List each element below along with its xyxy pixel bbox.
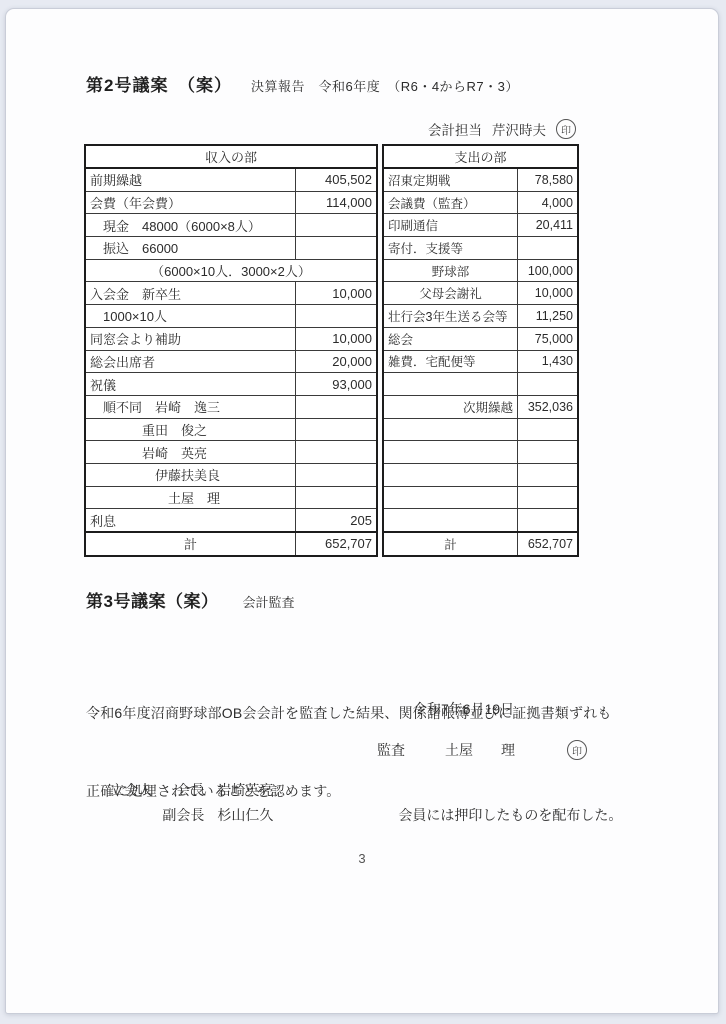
auditor-label: 監査 [377, 740, 405, 760]
table-row: 計652,707 [86, 531, 376, 555]
table-cell-label: 入会金 新卒生 [86, 282, 295, 304]
table-cell-label: 重田 俊之 [86, 419, 295, 441]
table-cell-value [295, 441, 376, 463]
proposal3-title: 第3号議案（案） [86, 587, 218, 612]
table-cell-value: 405,502 [295, 169, 376, 191]
table-row: 沼東定期戦78,580 [384, 169, 577, 191]
proposal2-title: 第2号議案 （案） [86, 71, 232, 96]
table-cell-value [517, 237, 577, 259]
page-number: 3 [6, 851, 718, 866]
table-row [384, 372, 577, 395]
table-row: 重田 俊之 [86, 418, 376, 441]
table-cell-label: 寄付．支援等 [384, 237, 517, 259]
table-row: 利息205 [86, 508, 376, 531]
table-cell-value [517, 373, 577, 395]
table-row: 伊藤扶美良 [86, 463, 376, 486]
table-row: 同窓会より補助10,000 [86, 327, 376, 350]
table-row: 寄付．支援等 [384, 236, 577, 259]
witness-2-name: 杉山仁久 [217, 807, 273, 823]
table-cell-value: 4,000 [517, 192, 577, 214]
proposal3-heading: 第3号議案（案） 会計監査 [86, 587, 294, 612]
seal-stamp-icon: 印 [556, 119, 576, 139]
table-cell-value: 100,000 [517, 260, 577, 282]
table-row: 総会出席者20,000 [86, 350, 376, 373]
table-cell-value: 205 [295, 509, 376, 531]
accountant-name: 芹沢時夫 [492, 119, 546, 139]
table-row: 入会金 新卒生10,000 [86, 281, 376, 304]
table-row: 岩崎 英亮 [86, 440, 376, 463]
audit-statement-line1: 令和6年度沼商野球部OB会会計を監査した結果、関係諸帳簿並びに証拠書類ずれも [86, 700, 612, 726]
table-row: 壮行会3年生送る会等11,250 [384, 304, 577, 327]
table-row: 会議費（監査）4,000 [384, 191, 577, 214]
table-cell-label: 壮行会3年生送る会等 [384, 305, 517, 327]
table-cell-label [384, 373, 517, 395]
proposal3-subtitle: 会計監査 [242, 592, 294, 611]
table-cell-label: 次期繰越 [384, 396, 517, 418]
table-row [384, 486, 577, 509]
table-row: 現金 48000（6000×8人） [86, 213, 376, 236]
viewer-background: 第2号議案 （案） 決算報告 令和6年度 （R6・4からR7・3） 会計担当 芹… [0, 0, 726, 1024]
table-row [384, 440, 577, 463]
auditor-signature-line: 監査 土屋 理 印 [377, 740, 587, 760]
table-row: 1000×10人 [86, 304, 376, 327]
table-cell-value [517, 441, 577, 463]
table-cell-label: 総会出席者 [86, 351, 295, 373]
table-cell-label [384, 487, 517, 509]
table-cell-label: 計 [384, 533, 517, 555]
table-row: 土屋 理 [86, 486, 376, 509]
auditor-name: 土屋 理 [445, 740, 515, 760]
table-cell-label: （6000×10人．3000×2人） [86, 260, 376, 282]
proposal2-subtitle: 決算報告 令和6年度 （R6・4からR7・3） [251, 76, 519, 95]
table-cell-label: 順不同 岩崎 逸三 [86, 396, 295, 418]
table-cell-value: 10,000 [295, 282, 376, 304]
table-cell-label: 土屋 理 [86, 487, 295, 509]
witness-2-title: 副会長 [162, 807, 204, 823]
income-table: 収入の部 前期繰越405,502会費（年会費）114,000 現金 48000（… [84, 144, 378, 557]
table-row: 計652,707 [384, 531, 577, 555]
table-cell-value: 1,430 [517, 351, 577, 373]
table-cell-label [384, 419, 517, 441]
income-table-header: 収入の部 [86, 146, 376, 169]
table-row [384, 463, 577, 486]
table-cell-label: 会議費（監査） [384, 192, 517, 214]
table-cell-label [384, 464, 517, 486]
audit-date: 令和7年6月19日 [413, 699, 514, 719]
financial-report-tables: 収入の部 前期繰越405,502会費（年会費）114,000 現金 48000（… [84, 144, 579, 557]
table-cell-label: 雑費．宅配便等 [384, 351, 517, 373]
table-row: 順不同 岩崎 逸三 [86, 395, 376, 418]
table-cell-value: 352,036 [517, 396, 577, 418]
document-page: 第2号議案 （案） 決算報告 令和6年度 （R6・4からR7・3） 会計担当 芹… [5, 8, 719, 1014]
table-cell-label: 総会 [384, 328, 517, 350]
table-cell-label: 印刷通信 [384, 214, 517, 236]
table-cell-value [517, 464, 577, 486]
table-cell-value [295, 237, 376, 259]
table-cell-value [295, 419, 376, 441]
table-cell-value [517, 487, 577, 509]
table-row: 前期繰越405,502 [86, 169, 376, 191]
table-cell-label: 野球部 [384, 260, 517, 282]
table-row: 祝儀93,000 [86, 372, 376, 395]
table-cell-value [295, 464, 376, 486]
table-cell-value: 652,707 [295, 533, 376, 555]
table-cell-value: 78,580 [517, 169, 577, 191]
table-cell-value: 75,000 [517, 328, 577, 350]
table-cell-label: 会費（年会費） [86, 192, 295, 214]
table-cell-label: 現金 48000（6000×8人） [86, 214, 295, 236]
table-cell-value: 652,707 [517, 533, 577, 555]
expense-table-header: 支出の部 [384, 146, 577, 169]
table-cell-label: 1000×10人 [86, 305, 295, 327]
table-cell-value: 10,000 [295, 328, 376, 350]
accountant-label: 会計担当 [428, 119, 482, 139]
table-cell-label: 祝儀 [86, 373, 295, 395]
table-cell-value: 11,250 [517, 305, 577, 327]
accountant-signature-line: 会計担当 芹沢時夫 印 [428, 119, 576, 139]
table-cell-value: 20,411 [517, 214, 577, 236]
table-cell-value: 20,000 [295, 351, 376, 373]
table-cell-label [384, 509, 517, 531]
table-cell-label: 計 [86, 533, 295, 555]
table-cell-value: 114,000 [295, 192, 376, 214]
table-cell-value [295, 396, 376, 418]
table-cell-label: 同窓会より補助 [86, 328, 295, 350]
table-row: 次期繰越352,036 [384, 395, 577, 418]
table-row: （6000×10人．3000×2人） [86, 259, 376, 282]
proposal2-heading: 第2号議案 （案） 決算報告 令和6年度 （R6・4からR7・3） [86, 71, 519, 96]
table-cell-label: 伊藤扶美良 [86, 464, 295, 486]
table-row: 総会75,000 [384, 327, 577, 350]
table-row [384, 508, 577, 531]
table-cell-label: 利息 [86, 509, 295, 531]
table-cell-value [517, 419, 577, 441]
table-row: 振込 66000 [86, 236, 376, 259]
expense-table: 支出の部 沼東定期戦78,580会議費（監査）4,000印刷通信20,411寄付… [382, 144, 579, 557]
table-row: 印刷通信20,411 [384, 213, 577, 236]
table-cell-value: 10,000 [517, 282, 577, 304]
table-row: 野球部100,000 [384, 259, 577, 282]
seal-stamp-icon: 印 [567, 740, 587, 760]
witness-line-2: 副会長杉山仁久会員には押印したものを配布した。 [139, 789, 622, 841]
table-cell-label: 父母会謝礼 [384, 282, 517, 304]
table-row: 父母会謝礼10,000 [384, 281, 577, 304]
distribution-note: 会員には押印したものを配布した。 [398, 807, 622, 823]
table-cell-value: 93,000 [295, 373, 376, 395]
table-row [384, 418, 577, 441]
table-cell-label [384, 441, 517, 463]
table-cell-value [295, 214, 376, 236]
table-cell-label: 岩崎 英亮 [86, 441, 295, 463]
table-cell-label: 沼東定期戦 [384, 169, 517, 191]
table-cell-value [295, 305, 376, 327]
table-row: 雑費．宅配便等1,430 [384, 350, 577, 373]
table-cell-value [517, 509, 577, 531]
table-cell-label: 前期繰越 [86, 169, 295, 191]
table-cell-value [295, 487, 376, 509]
table-row: 会費（年会費）114,000 [86, 191, 376, 214]
table-cell-label: 振込 66000 [86, 237, 295, 259]
